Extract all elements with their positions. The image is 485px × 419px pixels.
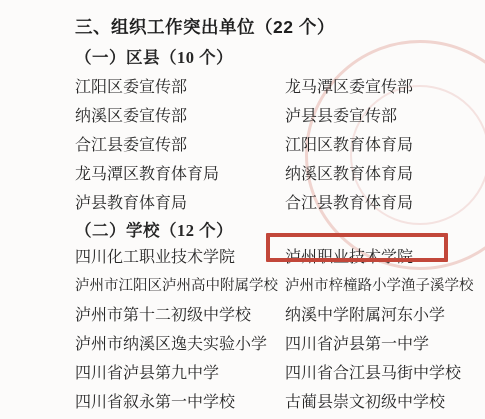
- org-name: 合江县教育体育局: [285, 190, 480, 213]
- list-row: 四川省叙永第一中学校 古蔺县崇文初级中学校: [75, 386, 480, 415]
- document-title: 三、组织工作突出单位（22 个）: [75, 14, 480, 44]
- org-name: 泸县教育体育局: [75, 190, 285, 213]
- list-row: 泸州市江阳区泸州高中附属学校 泸州市梓橦路小学渔子溪学校: [75, 270, 480, 299]
- org-name: 四川省泸县第一中学: [285, 331, 480, 354]
- document-page: 三、组织工作突出单位（22 个） （一）区县（10 个） 江阳区委宣传部 龙马潭…: [0, 0, 485, 419]
- section-heading-schools: （二）学校（12 个）: [75, 221, 480, 241]
- org-name: 泸州市第十二初级中学校: [75, 302, 285, 325]
- list-row: 泸州市第十二初级中学校 纳溪中学附属河东小学: [75, 299, 480, 328]
- org-name: 四川省泸县第九中学: [75, 360, 285, 383]
- list-row: 四川化工职业技术学院 泸州职业技术学院: [75, 241, 480, 270]
- list-row: 江阳区委宣传部 龙马潭区委宣传部: [75, 71, 480, 100]
- org-name: 合江县委宣传部: [75, 132, 285, 155]
- org-name: 古蔺县崇文初级中学校: [285, 389, 480, 412]
- list-row: 泸县教育体育局 合江县教育体育局: [75, 187, 480, 216]
- list-row: 纳溪区委宣传部 泸县县委宣传部: [75, 100, 480, 129]
- list-row: 四川省泸县第九中学 四川省合江县马街中学校: [75, 357, 480, 386]
- org-name: 泸县县委宣传部: [285, 103, 480, 126]
- org-name: 龙马潭区教育体育局: [75, 161, 285, 184]
- org-name: 龙马潭区委宣传部: [285, 74, 480, 97]
- org-name: 泸州市梓橦路小学渔子溪学校: [285, 274, 480, 295]
- org-name: 四川省合江县马街中学校: [285, 360, 480, 383]
- org-name: 江阳区教育体育局: [285, 132, 480, 155]
- org-name: 四川省叙永第一中学校: [75, 389, 285, 412]
- org-name: 纳溪中学附属河东小学: [285, 302, 480, 325]
- org-name: 泸州市江阳区泸州高中附属学校: [75, 274, 285, 295]
- document-content: 三、组织工作突出单位（22 个） （一）区县（10 个） 江阳区委宣传部 龙马潭…: [0, 0, 485, 415]
- list-row: 合江县委宣传部 江阳区教育体育局: [75, 129, 480, 158]
- org-name: 纳溪区教育体育局: [285, 161, 480, 184]
- org-name: 纳溪区委宣传部: [75, 103, 285, 126]
- org-name: 四川化工职业技术学院: [75, 244, 285, 267]
- org-name-highlighted: 泸州职业技术学院: [285, 244, 480, 267]
- org-name: 泸州市纳溪区逸夫实验小学: [75, 331, 285, 354]
- list-row: 泸州市纳溪区逸夫实验小学 四川省泸县第一中学: [75, 328, 480, 357]
- list-row: 龙马潭区教育体育局 纳溪区教育体育局: [75, 158, 480, 187]
- section-heading-districts: （一）区县（10 个）: [75, 44, 480, 71]
- org-name: 江阳区委宣传部: [75, 74, 285, 97]
